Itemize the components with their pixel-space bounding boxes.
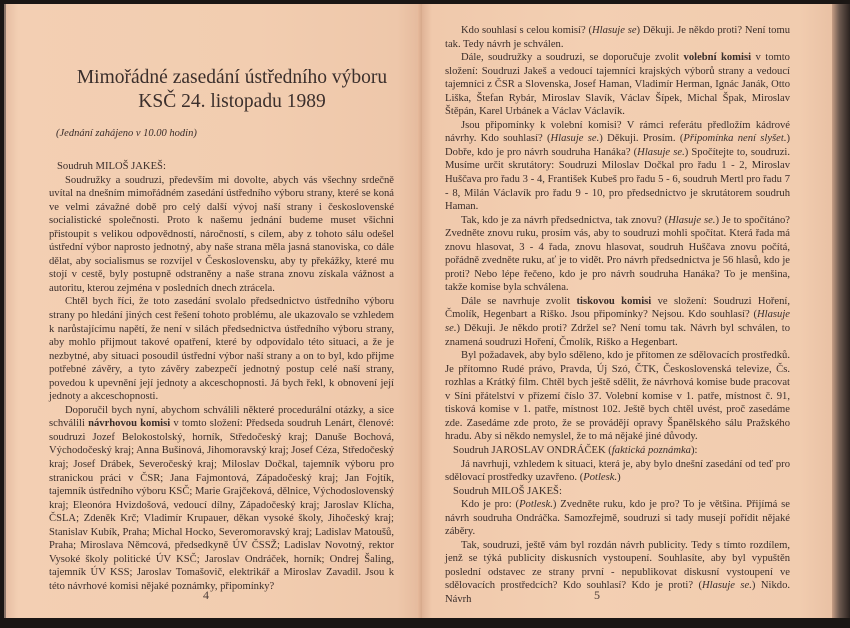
bold-term: tiskovou komisi [577,296,652,307]
paragraph: Chtěl bych říci, že toto zasedání svolal… [49,295,394,403]
paragraph: Tak, kdo je za návrh předsednictva, tak … [445,214,790,295]
speaker-label: Soudruh MILOŠ JAKEŠ: [49,160,394,174]
paragraph: Jsou připomínky k volební komisi? V rámc… [445,119,790,214]
paragraph: Dále, soudružky a soudruzi, se doporučuj… [445,51,790,119]
paragraph: Já navrhuji, vzhledem k situaci, která j… [445,458,790,485]
bold-term: návrhovou komisi [88,418,170,429]
paragraph: Soudružky a soudruzi, především mi dovol… [49,174,394,296]
document-title-line2: KSČ 24. listopadu 1989 [46,90,418,114]
paragraph: Tak, soudruzi, ještě vám byl rozdán návr… [445,539,790,607]
right-page-body: Kdo souhlasí s celou komisí? (Hlasuje se… [445,24,790,607]
session-opening-note: (Jednání zahájeno v 10.00 hodin) [56,128,197,139]
page-number-right: 5 [594,588,600,603]
paragraph: Doporučil bych nyní, abychom schválili n… [49,404,394,594]
speaker-label: Soudruh MILOŠ JAKEŠ: [445,485,790,499]
left-page-body: Soudruh MILOŠ JAKEŠ: Soudružky a soudruz… [49,160,394,594]
book-edge [832,4,850,618]
bold-term: volební komisi [684,52,751,63]
document-title-line1: Mimořádné zasedání ústředního výboru [46,66,418,90]
page-number-left: 4 [203,588,209,603]
speaker-label: Soudruh JAROSLAV ONDRÁČEK (faktická pozn… [445,444,790,458]
paragraph: Dále se navrhuje zvolit tiskovou komisi … [445,295,790,349]
paragraph: Byl požadavek, aby bylo sděleno, kdo je … [445,349,790,444]
paragraph: Kdo je pro: (Potlesk.) Zvedněte ruku, kd… [445,498,790,539]
paragraph: Kdo souhlasí s celou komisí? (Hlasuje se… [445,24,790,51]
